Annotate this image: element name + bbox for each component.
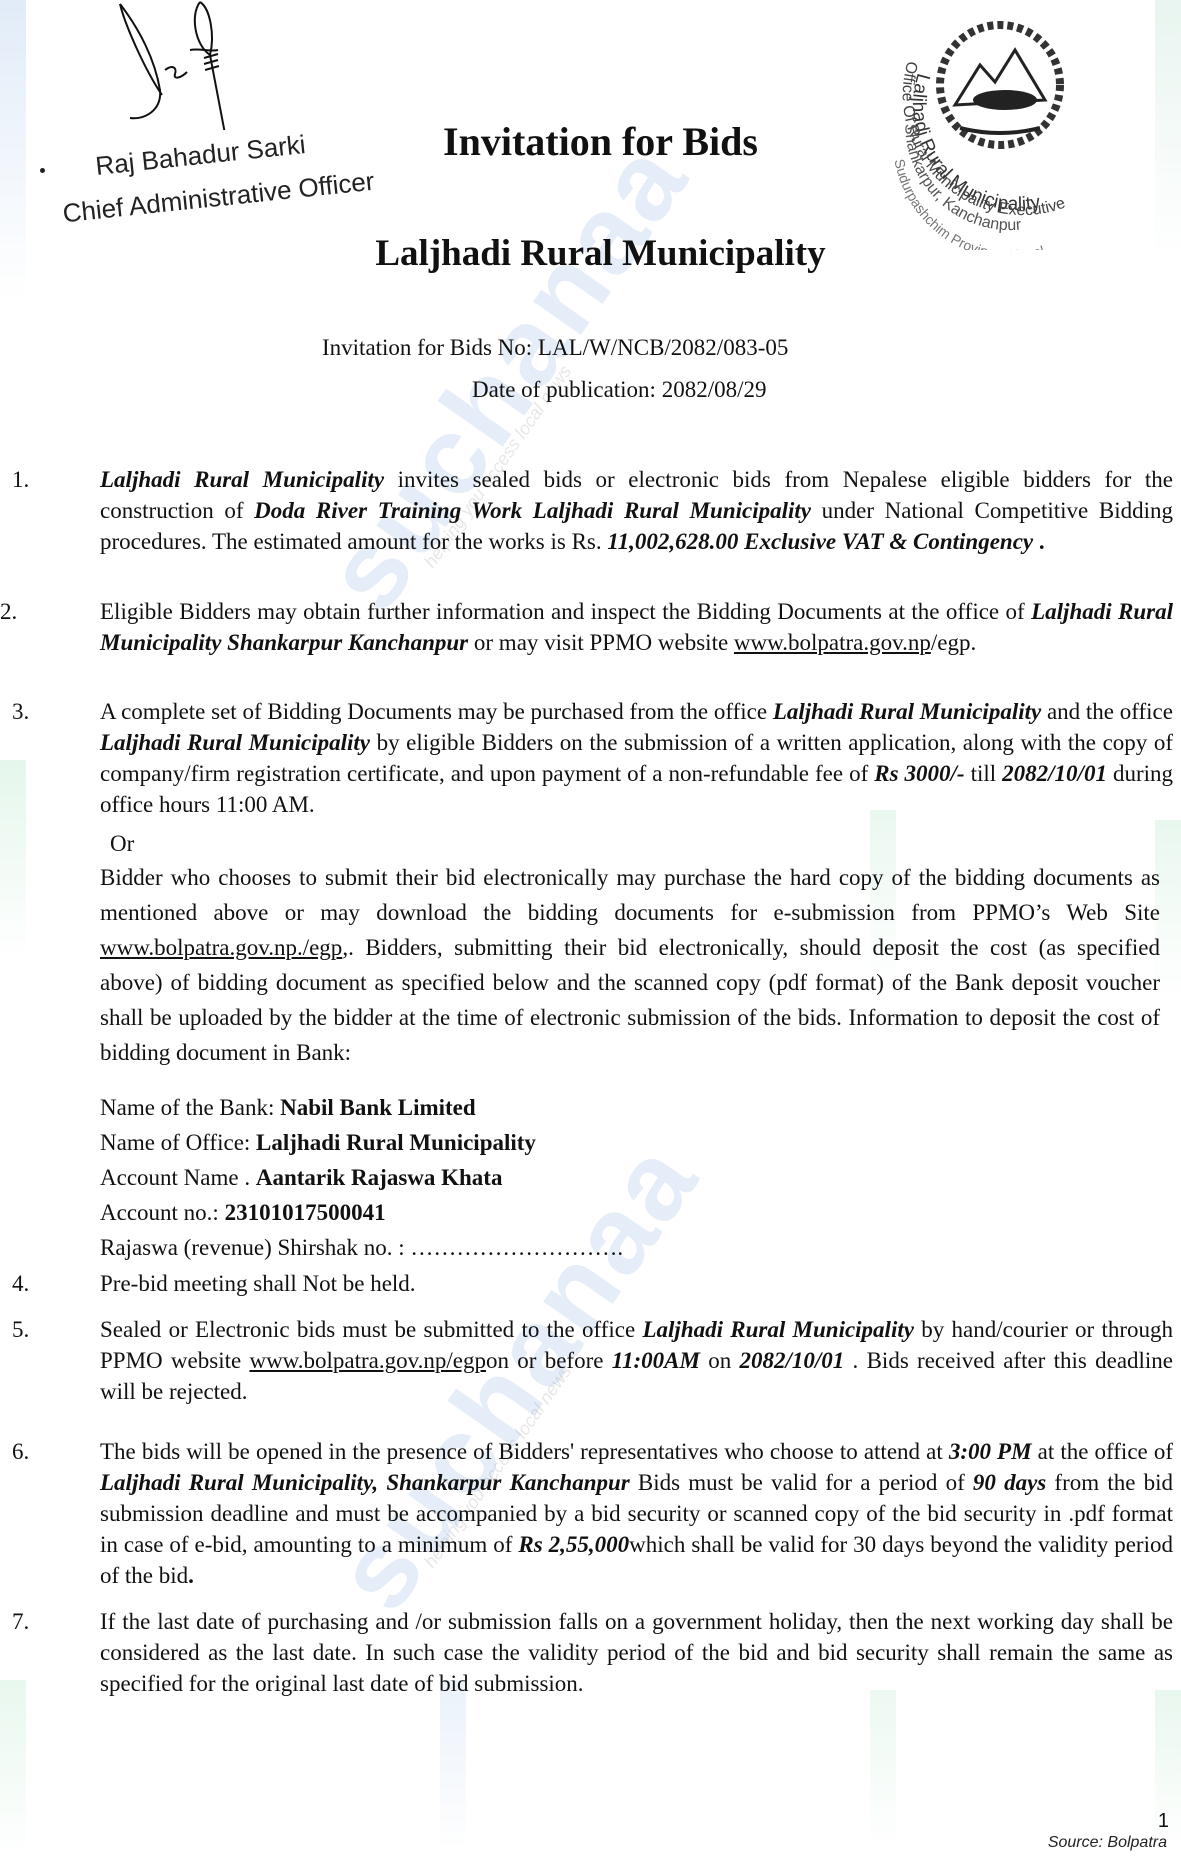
signature-icon (100, 0, 260, 130)
office-name: Laljhadi Rural Municipality, Shankarpur … (100, 1470, 630, 1495)
label: Account no.: (100, 1200, 225, 1225)
clause-number: 2. (0, 596, 17, 627)
text: and the office (1041, 699, 1173, 724)
text: . (1033, 529, 1045, 554)
submission-time: 11:00AM (612, 1348, 700, 1373)
page-number: 1 (1158, 1810, 1169, 1833)
clause-body: Eligible Bidders may obtain further info… (100, 596, 1173, 658)
text: Bids must be valid for a period of (630, 1470, 973, 1495)
text: /egp. (931, 630, 976, 655)
source-credit: Source: Bolpatra (1048, 1834, 1167, 1852)
submission-date: 2082/10/01 (740, 1348, 845, 1373)
office-name-row: Name of Office: Laljhadi Rural Municipal… (100, 1125, 623, 1160)
org-name: Laljhadi Rural Municipality (100, 467, 384, 492)
label: Name of Office: (100, 1130, 256, 1155)
bank-name-row: Name of the Bank: Nabil Bank Limited (100, 1090, 623, 1125)
or-label: Or (110, 828, 134, 859)
clause-body: Sealed or Electronic bids must be submit… (100, 1314, 1173, 1407)
text: till (965, 761, 1003, 786)
project-name: Doda River Training Work Laljhadi Rural … (254, 498, 811, 523)
clause-number: 5. (12, 1314, 29, 1345)
text: on (700, 1348, 740, 1373)
watermark-stripe (870, 1690, 896, 1850)
clause-number: 4. (12, 1268, 29, 1299)
clause-body: If the last date of purchasing and /or s… (100, 1606, 1173, 1699)
clause-number: 1. (12, 464, 29, 495)
bank-details: Name of the Bank: Nabil Bank Limited Nam… (100, 1090, 623, 1265)
clause-number: 6. (12, 1436, 29, 1467)
clause-number: 3. (12, 696, 29, 727)
account-number-row: Account no.: 23101017500041 (100, 1195, 623, 1230)
watermark-stripe (440, 1680, 466, 1850)
office-name: Laljhadi Rural Municipality (773, 699, 1041, 724)
purchase-deadline: 2082/10/01 (1002, 761, 1107, 786)
watermark-stripe (0, 760, 26, 960)
text: at the office of (1032, 1439, 1173, 1464)
bid-security-amount: Rs 2,55,000 (518, 1532, 629, 1557)
label: Rajaswa (revenue) Shirshak no. : (100, 1235, 410, 1260)
watermark-stripe (0, 1680, 26, 1857)
account-number: 23101017500041 (225, 1200, 386, 1225)
clause-number: 7. (12, 1606, 29, 1637)
text: or may visit PPMO website (468, 630, 734, 655)
bolpatra-link[interactable]: www.bolpatra.gov.np (734, 630, 931, 655)
bolpatra-link[interactable]: www.bolpatra.gov.np/egp (249, 1348, 486, 1373)
bank-name: Nabil Bank Limited (280, 1095, 476, 1120)
text: . (188, 1563, 194, 1588)
document-title: Invitation for Bids (0, 118, 1181, 165)
label: Account Name . (100, 1165, 256, 1190)
clause-body: The bids will be opened in the presence … (100, 1436, 1173, 1591)
publication-date: Date of publication: 2082/08/29 (472, 377, 766, 403)
document-fee: Rs 3000/- (874, 761, 964, 786)
clause-body: Pre-bid meeting shall Not be held. (100, 1268, 1173, 1299)
text: Eligible Bidders may obtain further info… (100, 599, 1031, 624)
account-name: Aantarik Rajaswa Khata (256, 1165, 503, 1190)
bolpatra-egp-link[interactable]: www.bolpatra.gov.np./egp (100, 935, 342, 960)
text: A complete set of Bidding Documents may … (100, 699, 773, 724)
text: Bidder who chooses to submit their bid e… (100, 865, 1160, 925)
bullet-dot (40, 168, 45, 173)
organization-name: Laljhadi Rural Municipality (0, 232, 1181, 275)
label: Name of the Bank: (100, 1095, 280, 1120)
estimated-amount: 11,002,628.00 Exclusive VAT & Contingenc… (607, 529, 1033, 554)
account-name-row: Account Name . Aantarik Rajaswa Khata (100, 1160, 623, 1195)
clause-body: Laljhadi Rural Municipality invites seal… (100, 464, 1173, 557)
revenue-heading-row: Rajaswa (revenue) Shirshak no. : …………………… (100, 1230, 623, 1265)
office-name: Laljhadi Rural Municipality (256, 1130, 536, 1155)
ifb-number: Invitation for Bids No: LAL/W/NCB/2082/0… (322, 335, 788, 361)
office-name: Laljhadi Rural Municipality (642, 1317, 913, 1342)
clause-body: A complete set of Bidding Documents may … (100, 696, 1173, 820)
text: The bids will be opened in the presence … (100, 1439, 949, 1464)
opening-time: 3:00 PM (949, 1439, 1032, 1464)
revenue-heading-number: ………………………. (410, 1235, 623, 1260)
electronic-submission-paragraph: Bidder who chooses to submit their bid e… (100, 860, 1160, 1070)
validity-period: 90 days (973, 1470, 1046, 1495)
text: on or before (486, 1348, 612, 1373)
office-name: Laljhadi Rural Municipality (100, 730, 370, 755)
text: Sealed or Electronic bids must be submit… (100, 1317, 642, 1342)
